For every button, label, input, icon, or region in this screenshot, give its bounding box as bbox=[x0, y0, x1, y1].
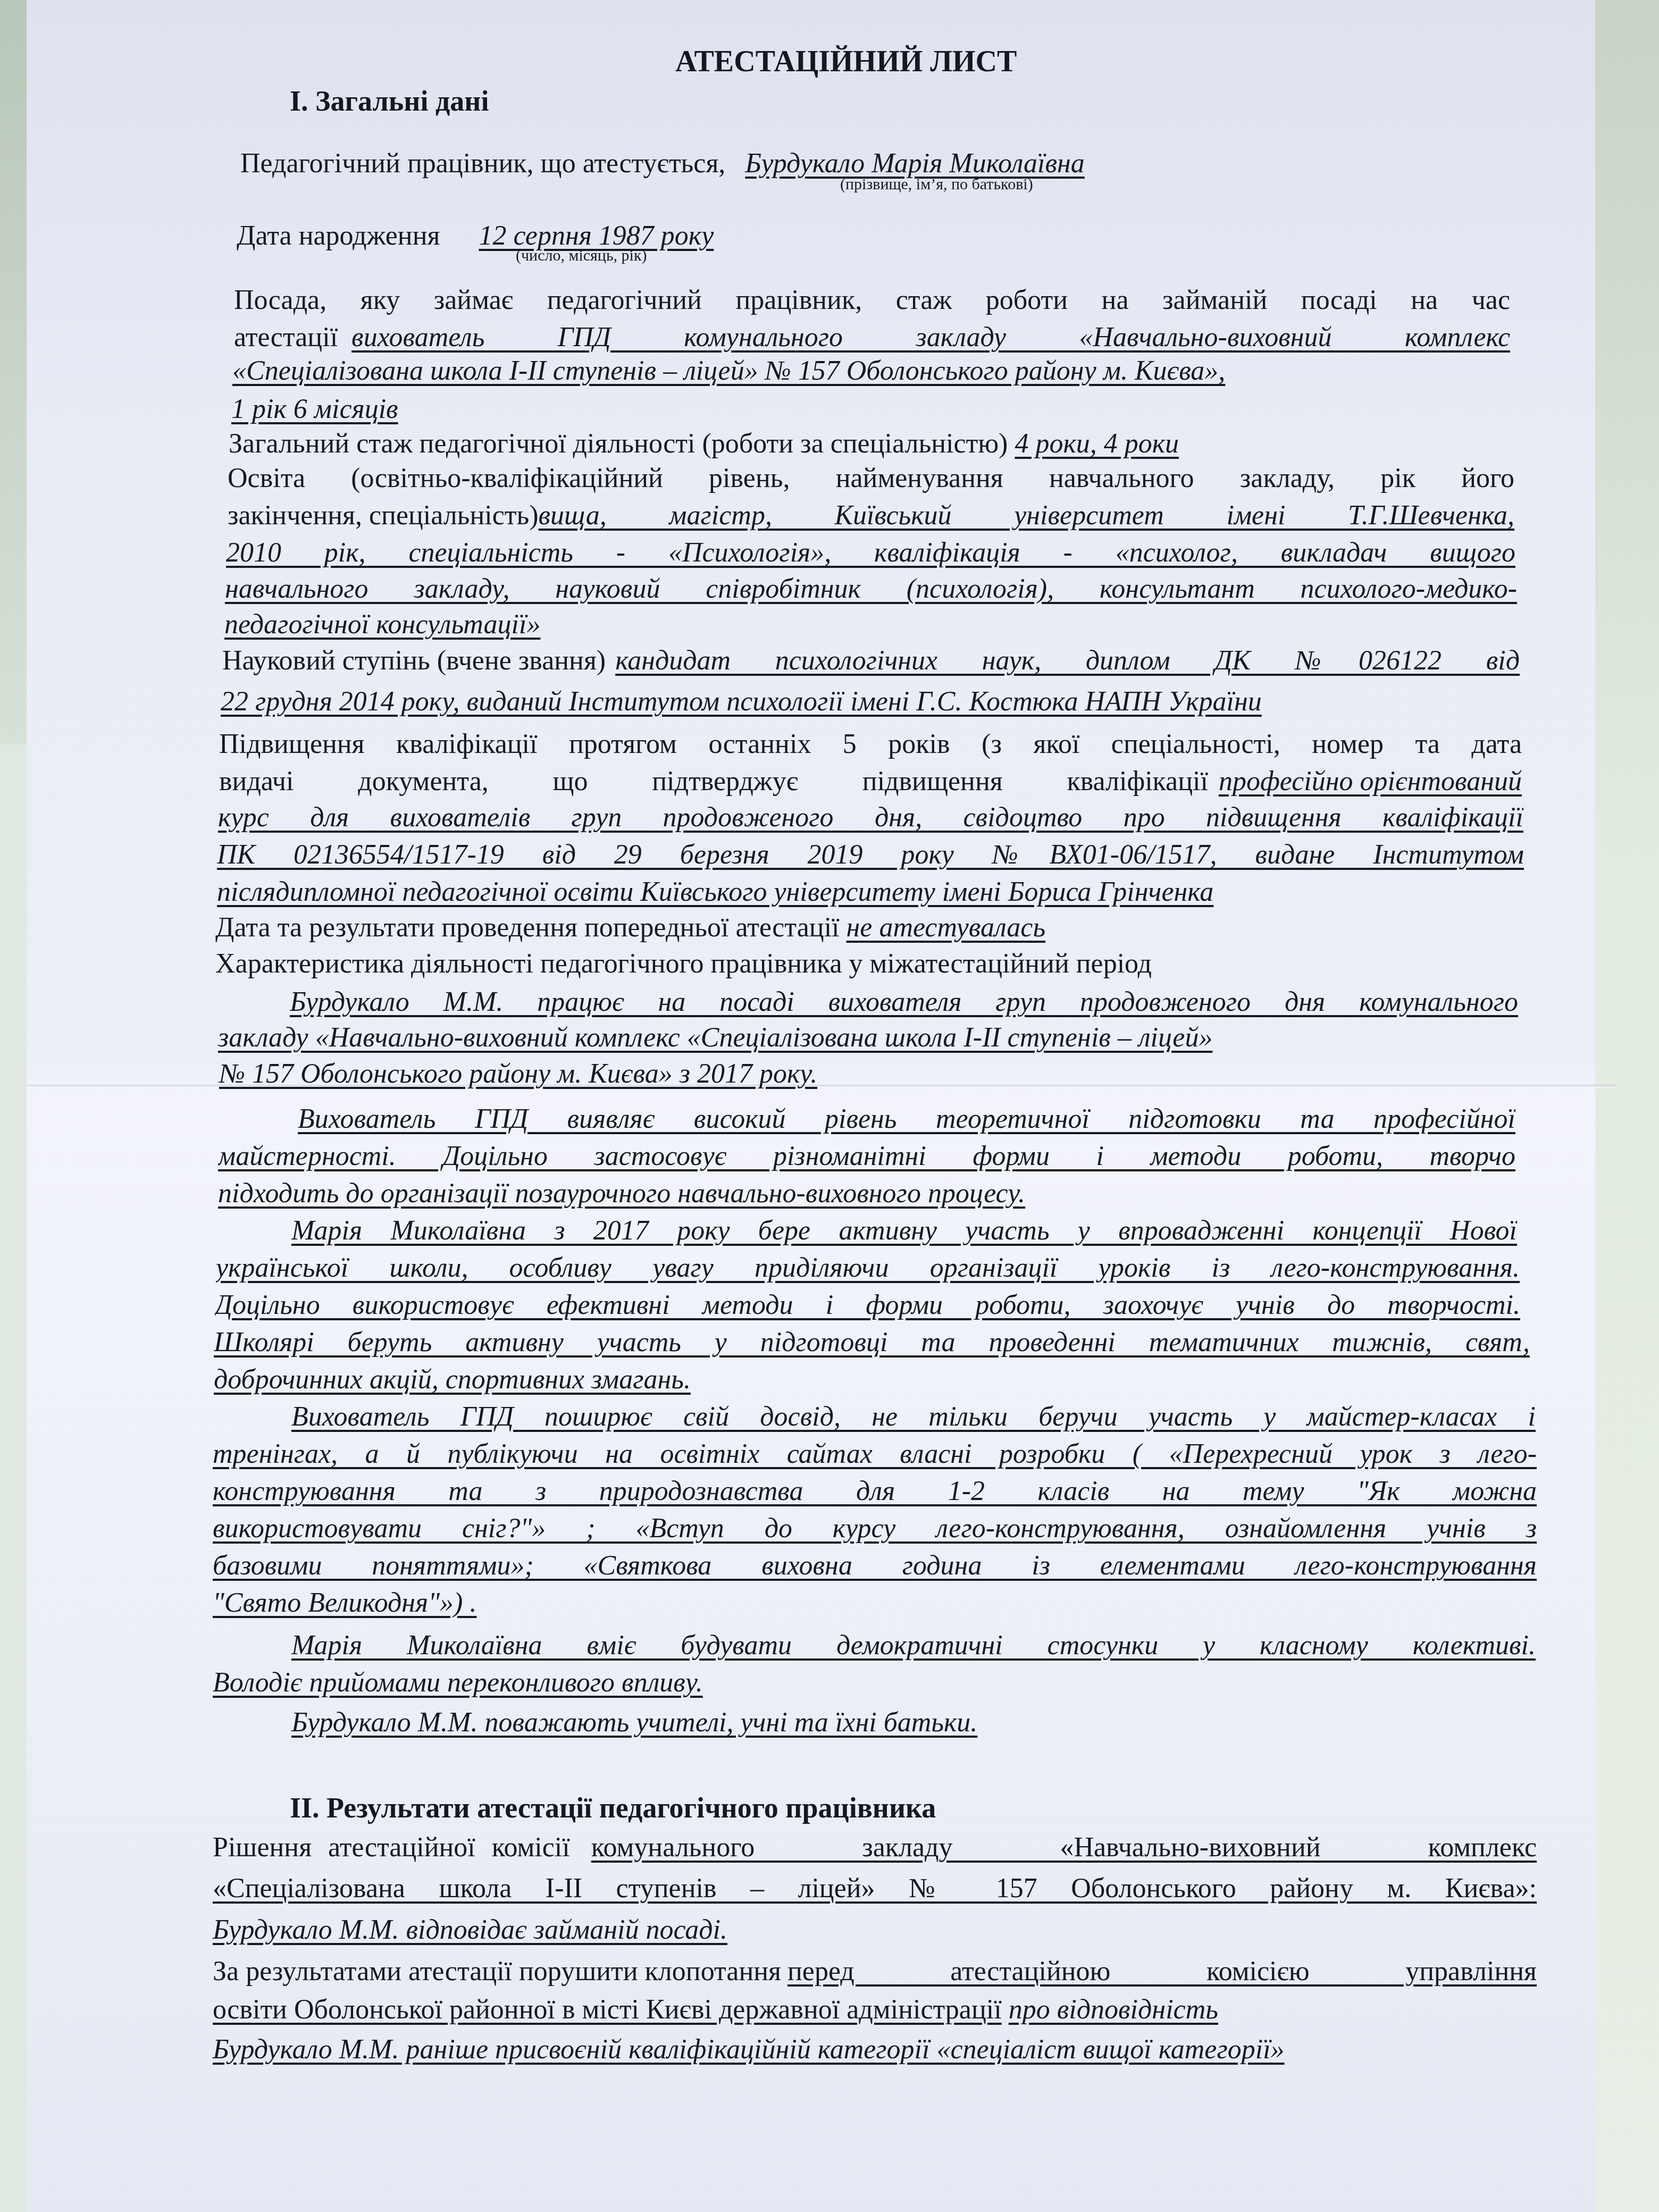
training-label-line-1: Підвищення кваліфікації протягом останні… bbox=[219, 728, 1522, 761]
birth-date-label: Дата народження bbox=[237, 221, 440, 251]
training-value-line-4: післядипломної педагогічної освіти Київс… bbox=[217, 876, 1213, 909]
petition-value-line-3: про відповідність bbox=[1009, 1995, 1218, 2025]
petition-row: За результатами атестації порушити клопо… bbox=[213, 1956, 1537, 1989]
experience-value: 4 роки, 4 роки bbox=[1015, 429, 1179, 459]
characteristic-line: Вихователь ГПД виявляє високий рівень те… bbox=[298, 1103, 1515, 1136]
employee-name-value: Бурдукало Марія Миколаївна bbox=[745, 148, 1084, 179]
characteristic-line: Бурдукало М.М. працює на посаді виховате… bbox=[290, 986, 1518, 1019]
characteristic-line: Марія Миколаївна вміє будувати демократи… bbox=[291, 1630, 1536, 1663]
training-line-2: видачі документа, що підтверджує підвище… bbox=[219, 766, 1522, 799]
position-value-line-1: вихователь ГПД комунального закладу «Нав… bbox=[351, 322, 1510, 355]
characteristic-line: "Свято Великодня"») . bbox=[213, 1587, 476, 1620]
background-surface-right bbox=[1590, 0, 1659, 2212]
decision-value-line-2: «Спеціалізована школа І-ІІ ступенів – лі… bbox=[213, 1873, 1537, 1906]
characteristic-line: Вихователь ГПД поширює свій досвід, не т… bbox=[291, 1401, 1536, 1434]
degree-row: Науковий ступінь (вчене звання) кандидат… bbox=[222, 645, 1520, 678]
characteristic-line: майстерності. Доцільно застосовує різном… bbox=[218, 1141, 1515, 1174]
education-value-line-3: навчального закладу, науковий співробітн… bbox=[225, 573, 1517, 606]
characteristic-line: Доцільно використовує ефективні методи і… bbox=[215, 1289, 1520, 1322]
education-label-line-1: Освіта (освітньо-кваліфікаційний рівень,… bbox=[228, 463, 1514, 496]
education-value-line-2: 2010 рік, спеціальність - «Психологія», … bbox=[226, 537, 1515, 570]
characteristic-line: закладу «Навчально-виховний комплекс «Сп… bbox=[218, 1022, 1212, 1055]
section-2-heading: II. Результати атестації педагогічного п… bbox=[290, 1792, 936, 1825]
experience-label: Загальний стаж педагогічної діяльності (… bbox=[229, 429, 1008, 459]
characteristic-label: Характеристика діяльності педагогічного … bbox=[215, 948, 1152, 981]
degree-label: Науковий ступінь (вчене звання) bbox=[222, 645, 606, 678]
petition-value-line-1: перед атестаційною комісією управління bbox=[787, 1956, 1537, 1989]
training-value-line-1: професійно орієнтований bbox=[1219, 766, 1522, 799]
decision-value-line-1: комунального закладу «Навчально-виховний… bbox=[591, 1832, 1537, 1865]
degree-value-line-2: 22 грудня 2014 року, виданий Інститутом … bbox=[221, 686, 1262, 719]
prev-attestation-value: не атестувалась bbox=[847, 912, 1046, 943]
position-value-line-3: 1 рік 6 місяців bbox=[231, 393, 398, 426]
employee-label: Педагогічний працівник, що атестується, bbox=[240, 148, 725, 179]
petition-label: За результатами атестації порушити клопо… bbox=[213, 1956, 781, 1989]
education-value-line-1: вища, магістр, Київський університет іме… bbox=[539, 500, 1514, 533]
characteristic-line: використовувати сніг?"» ; «Вступ до курс… bbox=[213, 1513, 1537, 1546]
characteristic-line: конструювання та з природознавства для 1… bbox=[213, 1476, 1537, 1509]
training-value-line-2: курс для вихователів груп продовженого д… bbox=[218, 802, 1523, 835]
prev-attestation-row: Дата та результати проведення попередньо… bbox=[215, 912, 1045, 945]
characteristic-line: тренінгах, а й публікуючи на освітніх са… bbox=[213, 1438, 1537, 1471]
degree-value-line-1: кандидат психологічних наук, диплом ДК №… bbox=[615, 645, 1520, 678]
education-label-line-2: закінчення, спеціальність) bbox=[228, 500, 539, 533]
education-value-line-4: педагогічної консультації» bbox=[224, 609, 540, 642]
document-title: АТЕСТАЦІЙНИЙ ЛИСТ bbox=[675, 46, 1017, 79]
characteristic-line: Марія Миколаївна з 2017 року бере активн… bbox=[291, 1215, 1517, 1248]
experience-row: Загальний стаж педагогічної діяльності (… bbox=[229, 428, 1179, 461]
position-line-2: атестації вихователь ГПД комунального за… bbox=[234, 322, 1510, 355]
section-1-heading: I. Загальні дані bbox=[290, 85, 489, 118]
characteristic-line: підходить до організації позаурочного на… bbox=[218, 1178, 1025, 1211]
characteristic-line: Володіє прийомами переконливого впливу. bbox=[213, 1667, 703, 1700]
decision-row: Рішення атестаційної комісії комунальног… bbox=[213, 1832, 1537, 1865]
position-label-line-1: Посада, яку займає педагогічний працівни… bbox=[234, 284, 1510, 317]
decision-label: Рішення атестаційної комісії bbox=[213, 1832, 570, 1865]
petition-value-line-4: Бурдукало М.М. раніше присвоєній кваліфі… bbox=[213, 2034, 1285, 2067]
training-value-line-3: ПК 02136554/1517-19 від 29 березня 2019 … bbox=[217, 839, 1524, 872]
characteristic-line: № 157 Оболонського району м. Києва» з 20… bbox=[219, 1058, 817, 1091]
characteristic-line: української школи, особливу увагу приділ… bbox=[216, 1252, 1520, 1285]
characteristic-line: Бурдукало М.М. поважають учителі, учні т… bbox=[291, 1707, 977, 1740]
decision-result: Бурдукало М.М. відповідає займаній посад… bbox=[213, 1914, 727, 1947]
characteristic-line: Школярі беруть активну участь у підготов… bbox=[214, 1327, 1530, 1360]
prev-attestation-label: Дата та результати проведення попередньо… bbox=[215, 912, 840, 943]
position-label-line-2: атестації bbox=[234, 322, 338, 355]
training-label-line-2: видачі документа, що підтверджує підвище… bbox=[219, 766, 1208, 799]
petition-value-line-2: освіти Оболонської районної в місті Києв… bbox=[213, 1995, 1002, 2025]
position-value-line-2: «Спеціалізована школа І-ІІ ступенів – лі… bbox=[232, 355, 1225, 388]
characteristic-line: базовими поняттями»; «Святкова виховна г… bbox=[213, 1550, 1537, 1583]
education-line-2: закінчення, спеціальність) вища, магістр… bbox=[228, 500, 1514, 533]
employee-hint: (прізвище, ім’я, по батькові) bbox=[840, 175, 1033, 194]
petition-line-2: освіти Оболонської районної в місті Києв… bbox=[213, 1994, 1218, 2027]
characteristic-line: доброчинних акцій, спортивних змагань. bbox=[214, 1364, 691, 1397]
birth-date-hint: (число, місяць, рік) bbox=[516, 247, 647, 265]
